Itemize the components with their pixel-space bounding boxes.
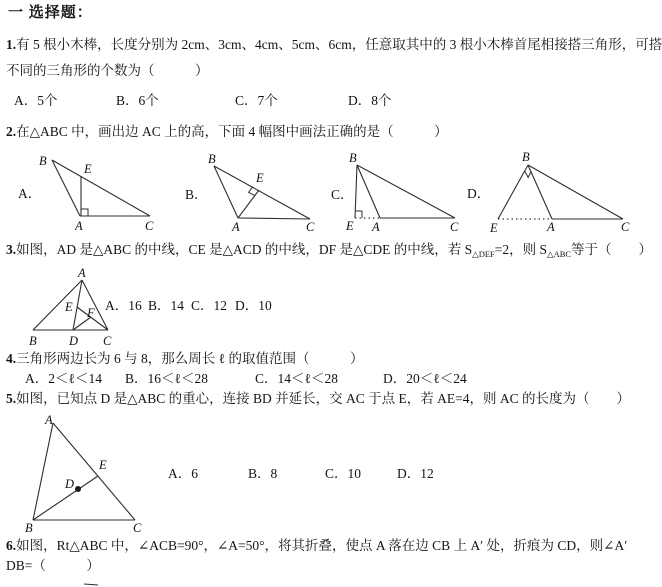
q5-option-d: D．12 xyxy=(397,465,434,482)
q5-figure: A E D B C xyxy=(20,412,150,536)
q3-option-d: D．10 xyxy=(235,297,272,314)
q3-text-post: 等于（ ） xyxy=(571,242,652,257)
q2b-vertex-c: C xyxy=(306,220,315,234)
q2-number: 2. xyxy=(6,124,16,139)
q3-text-pre: 如图，AD 是△ABC 的中线，CE 是△ACD 的中线，DF 是△CDE 的中… xyxy=(16,242,472,257)
q5-centroid-dot xyxy=(75,486,81,492)
q2-figure-d-lines xyxy=(498,165,623,219)
q6-figure-cutoff-fragment xyxy=(80,580,110,587)
q2-text: 2.在△ABC 中，画出边 AC 上的高，下面 4 幅图中画法正确的是（ ） xyxy=(6,123,448,140)
q2-figure-a-lines xyxy=(52,160,150,216)
q5-vertex-c: C xyxy=(133,521,142,535)
q2b-vertex-b: B xyxy=(208,152,216,166)
worksheet-page: 一 选择题： 1.有 5 根小木棒，长度分别为 2cm、3cm、4cm、5cm、… xyxy=(0,0,662,587)
q2a-vertex-a: A xyxy=(74,219,83,233)
q3-subscript-abc: △ABC xyxy=(547,249,571,259)
q3-text-mid: =2，则 S xyxy=(495,242,547,257)
q2-figure-b: B E A C xyxy=(200,148,320,232)
q3-subscript-def: △DEF xyxy=(472,249,495,259)
q5-vertex-e: E xyxy=(98,458,107,472)
q2c-vertex-a: A xyxy=(371,220,380,234)
q3-vertex-f: F xyxy=(86,306,95,320)
q6-text-line1: 6.如图，Rt△ABC 中，∠ACB=90°，∠A=50°，将其折叠，使点 A … xyxy=(6,537,627,554)
q1-option-d: D．8个 xyxy=(348,92,392,109)
q1-text-line1: 1.有 5 根小木棒，长度分别为 2cm、3cm、4cm、5cm、6cm，任意取… xyxy=(6,36,662,53)
q5-option-a: A．6 xyxy=(168,465,198,482)
q5-figure-lines xyxy=(33,423,135,520)
q5-number: 5. xyxy=(6,391,16,406)
q2c-vertex-c: C xyxy=(450,220,459,234)
q2a-vertex-b: B xyxy=(39,154,47,168)
q6-text-line2: DB=（ ） xyxy=(6,557,100,574)
q1-text-line2: 不同的三角形的个数为（ ） xyxy=(6,62,209,79)
q4-number: 4. xyxy=(6,351,16,366)
q1-number: 1. xyxy=(6,37,16,52)
q3-option-a: A．16 xyxy=(105,297,142,314)
q4-option-d: D．20＜ℓ＜24 xyxy=(383,370,467,387)
q2-text-body: 在△ABC 中，画出边 AC 上的高，下面 4 幅图中画法正确的是（ ） xyxy=(16,124,448,139)
q1-option-a: A．5个 xyxy=(14,92,58,109)
q5-vertex-d: D xyxy=(64,477,74,491)
q2a-vertex-c: C xyxy=(145,219,154,233)
q5-vertex-b: B xyxy=(25,521,33,535)
q4-option-a: A．2＜ℓ＜14 xyxy=(25,370,102,387)
q2d-vertex-b: B xyxy=(522,150,530,164)
q3-vertex-d: D xyxy=(68,334,78,348)
q6-line2-text: DB=（ ） xyxy=(6,558,100,573)
q4-option-c: C．14＜ℓ＜28 xyxy=(255,370,338,387)
q5-option-c: C．10 xyxy=(325,465,361,482)
section-title: 一 选择题： xyxy=(8,5,93,22)
q2b-vertex-e: E xyxy=(255,171,264,185)
q2a-vertex-e: E xyxy=(83,162,92,176)
q2d-vertex-e: E xyxy=(489,221,498,235)
q6-number: 6. xyxy=(6,538,16,553)
q3-text: 3.如图，AD 是△ABC 的中线，CE 是△ACD 的中线，DF 是△CDE … xyxy=(6,241,652,263)
q3-number: 3. xyxy=(6,242,16,257)
q2c-vertex-e: E xyxy=(345,219,354,233)
q3-vertex-c: C xyxy=(103,334,112,348)
q2b-vertex-a: A xyxy=(231,220,240,234)
q1-option-b: B．6个 xyxy=(116,92,159,109)
q2-figure-c: B E A C xyxy=(340,148,465,232)
q3-option-b: B．14 xyxy=(148,297,184,314)
q3-option-c: C．12 xyxy=(191,297,227,314)
q6-line1-text: 如图，Rt△ABC 中，∠ACB=90°，∠A=50°，将其折叠，使点 A 落在… xyxy=(16,538,627,553)
q3-vertex-a: A xyxy=(77,266,86,280)
q2-figure-c-lines xyxy=(355,165,455,218)
q2d-vertex-c: C xyxy=(621,220,630,234)
q2c-vertex-b: B xyxy=(349,151,357,165)
q2-figure-d: B E A C xyxy=(485,148,640,232)
q5-vertex-a: A xyxy=(44,413,53,427)
q4-option-b: B．16＜ℓ＜28 xyxy=(125,370,208,387)
q4-text: 4.三角形两边长为 6 与 8，那么周长 ℓ 的取值范围（ ） xyxy=(6,350,363,367)
q5-option-b: B．8 xyxy=(248,465,277,482)
q3-vertex-b: B xyxy=(29,334,37,348)
q3-vertex-e: E xyxy=(64,300,73,314)
q2-figure-a: B E A C xyxy=(35,150,160,232)
q1-line2-text: 不同的三角形的个数为（ ） xyxy=(6,63,209,78)
q2d-vertex-a: A xyxy=(546,220,555,234)
q1-option-c: C．7个 xyxy=(235,92,278,109)
q4-text-body: 三角形两边长为 6 与 8，那么周长 ℓ 的取值范围（ ） xyxy=(16,351,363,366)
q1-line1-text: 有 5 根小木棒，长度分别为 2cm、3cm、4cm、5cm、6cm，任意取其中… xyxy=(16,37,662,52)
q5-text-body: 如图，已知点 D 是△ABC 的重心，连接 BD 并延长，交 AC 于点 E，若… xyxy=(16,391,630,406)
q5-text: 5.如图，已知点 D 是△ABC 的重心，连接 BD 并延长，交 AC 于点 E… xyxy=(6,390,630,407)
